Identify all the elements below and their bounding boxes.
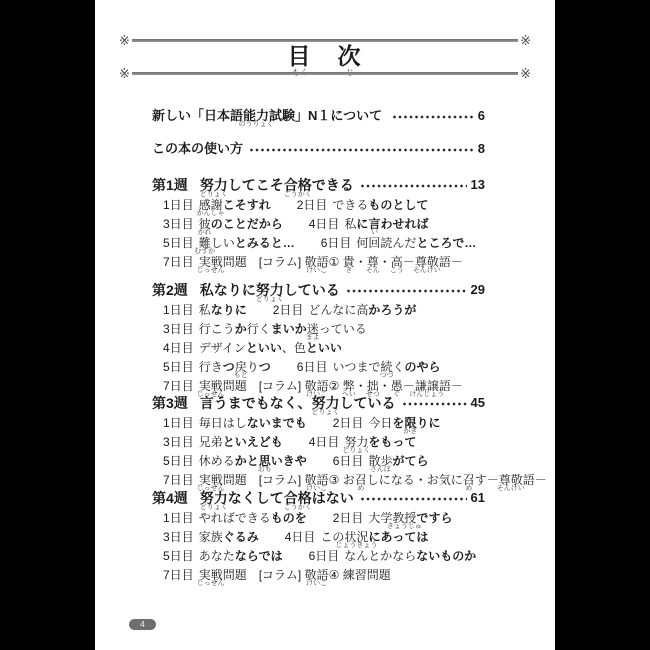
text-segment: といい: [306, 342, 342, 355]
text-segment: り: [247, 361, 259, 374]
day-label: 3日目: [163, 322, 194, 336]
furigana: つづ: [379, 372, 393, 379]
text-segment: 努力どりょく: [344, 436, 368, 449]
page-ref: 13: [471, 177, 485, 193]
furigana: かんしゃ: [197, 210, 225, 217]
day-label: 2日目: [297, 198, 328, 212]
text-segment: 感謝かんしゃ: [199, 199, 223, 212]
day-label: 4日目: [163, 341, 194, 355]
text-segment: 敬語けいご: [305, 569, 329, 582]
dot-leader: [346, 282, 467, 295]
furigana: けいご: [306, 580, 327, 587]
text-segment: 私なりに: [200, 282, 256, 298]
week-label: 第1週: [152, 177, 188, 193]
day-row: 7日目実戦じっせん問題 [コラム] 敬語けいご③ お召めしになる・お気に召めす－…: [163, 474, 485, 487]
text-segment: 問題: [223, 256, 247, 269]
week-heading: 第1週努力どりょくしてこそ合格ごうかくできる13: [152, 177, 485, 193]
furigana: どりょく: [342, 447, 370, 454]
furigana: かぎ: [403, 428, 417, 435]
furigana: き: [345, 267, 352, 274]
furigana: どりょく: [256, 296, 284, 303]
day-row: 1日目毎日はしないまでも2日目今日を限かぎりに: [163, 417, 485, 430]
text-segment: 兄弟: [199, 436, 223, 449]
day-entry: 3日目彼かれのことだから: [163, 218, 283, 231]
text-segment: どんなに高: [308, 304, 368, 317]
day-entry: 4日目努力どりょくをもって: [309, 436, 417, 449]
text-segment: [コラム]: [247, 474, 305, 487]
text-segment: 練習問題: [343, 569, 391, 582]
text-segment: 思おも: [259, 455, 271, 468]
text-segment: 行く: [247, 323, 271, 336]
day-row: 4日目デザインといい、色といい: [163, 342, 485, 355]
day-label: 6日目: [309, 549, 340, 563]
text-segment: いきや: [271, 455, 307, 468]
toc-entry-title: 新しい「日本語能力のうりょく試験」N１について: [152, 108, 386, 123]
day-label: 1日目: [163, 511, 194, 525]
text-segment: あなた: [199, 550, 235, 563]
page-ref: 8: [478, 141, 485, 156]
page-ref: 6: [478, 108, 485, 123]
text-segment: 合格ごうかく: [284, 490, 312, 506]
text-segment: ないものか: [416, 550, 476, 563]
text-segment: できる: [312, 177, 354, 193]
text-segment: とみると…: [235, 237, 295, 250]
day-label: 7日目: [163, 473, 194, 487]
text-segment: のやら: [405, 361, 441, 374]
furigana: さんぽ: [370, 466, 391, 473]
furigana: い: [371, 229, 378, 236]
text-segment: しになる・お気に: [367, 474, 463, 487]
text-segment: 問題: [223, 380, 247, 393]
day-entry: 4日目この状況じょうきょうにあっては: [285, 531, 429, 544]
screenshot-root: { "header": { "deco_symbol": "※", "title…: [0, 0, 650, 650]
text-segment: 努力どりょく: [200, 177, 228, 193]
text-segment: 語－: [439, 256, 463, 269]
text-segment: 迷まよ: [307, 323, 319, 336]
page-number-badge: 4: [129, 619, 156, 630]
day-entry: 1日目やればできるものを: [163, 512, 307, 525]
day-entry: 2日目どんなに高かろうが: [273, 304, 417, 317]
day-label: 2日目: [333, 416, 364, 430]
day-entry: 2日目できるものとして: [297, 199, 429, 212]
day-entry: 5日目行きつ戻もどりつ: [163, 361, 271, 374]
furigana: かれ: [198, 229, 212, 236]
toc-week-section: 第2週私なりに努力どりょくしている291日目私なりに2日目どんなに高かろうが3日…: [152, 282, 485, 393]
text-segment: 能力のうりょく: [243, 108, 269, 123]
day-row: 7日目実戦じっせん問題 [コラム] 敬語けいご① 貴き・尊そん・高こう－尊敬そん…: [163, 256, 485, 269]
text-segment: わせれば: [380, 218, 428, 231]
dot-leader: [402, 395, 467, 408]
page-ref: 29: [471, 282, 485, 298]
furigana: どりょく: [200, 504, 228, 511]
text-segment: 実戦じっせん: [199, 474, 223, 487]
text-segment: いつまで: [332, 361, 380, 374]
text-segment: 努力どりょく: [200, 490, 228, 506]
text-segment: なんとかなら: [344, 550, 416, 563]
dot-leader: [392, 108, 474, 121]
day-label: 1日目: [163, 303, 194, 317]
text-segment: 高こう: [391, 256, 403, 269]
furigana: こう: [390, 267, 404, 274]
text-segment: ②: [329, 380, 343, 393]
text-segment: 尊敬そんけい: [415, 256, 439, 269]
text-segment: 毎日はし: [199, 417, 247, 430]
week-heading: 第3週言うまでもなく、努力どりょくしている45: [152, 395, 485, 411]
day-row: 3日目彼かれのことだから4日目私に言いわせれば: [163, 218, 485, 231]
text-segment: 問題: [223, 474, 247, 487]
reference-mark-icon: ※: [520, 67, 531, 80]
furigana: そん: [366, 267, 380, 274]
text-segment: 努力どりょく: [312, 395, 340, 411]
page-ref: 45: [471, 395, 485, 411]
text-segment: 召め: [463, 474, 475, 487]
day-label: 5日目: [163, 360, 194, 374]
furigana: けいご: [306, 267, 327, 274]
day-row: 3日目行こうか行くまいか迷まよっている: [163, 323, 485, 336]
day-row: 1日目私なりに2日目どんなに高かろうが: [163, 304, 485, 317]
text-segment: 貴き: [343, 256, 355, 269]
text-segment: できる: [332, 199, 368, 212]
day-entry: 1日目感謝かんしゃこそすれ: [163, 199, 271, 212]
text-segment: 行き: [199, 361, 223, 374]
day-row: 1日目感謝かんしゃこそすれ2日目できるものとして: [163, 199, 485, 212]
text-segment: っている: [319, 323, 367, 336]
toc-entry: この本の使い方8: [152, 141, 485, 156]
text-segment: ぐるみ: [223, 531, 259, 544]
text-segment: つ: [259, 361, 271, 374]
day-row: 3日目兄弟といえども4日目努力どりょくをもって: [163, 436, 485, 449]
day-row: 5日目難むずかしいとみると…6日目何回読んだところで…: [163, 237, 485, 250]
day-label: 5日目: [163, 549, 194, 563]
text-segment: ①: [329, 256, 343, 269]
text-segment: しい: [211, 237, 235, 250]
text-segment: 休める: [199, 455, 235, 468]
toc-entry: 新しい「日本語能力のうりょく試験」N１について 6: [152, 108, 485, 123]
day-entry: 5日目難むずかしいとみると…: [163, 237, 295, 250]
day-label: 1日目: [163, 416, 194, 430]
day-entry: 2日目大学教授きょうじゅですら: [333, 512, 453, 525]
day-label: 1日目: [163, 198, 194, 212]
dot-leader: [360, 177, 467, 190]
text-segment: 新しい「日本語: [152, 108, 243, 123]
text-segment: デザイン: [199, 342, 246, 355]
text-segment: 試験」N１について: [269, 108, 386, 123]
furigana: ごうかく: [284, 191, 312, 198]
day-label: 4日目: [285, 530, 316, 544]
dot-leader: [360, 490, 467, 503]
week-label: 第3週: [152, 395, 188, 411]
day-row: 7日目実戦じっせん問題 [コラム] 敬語けいご② 弊へい・拙せつ・愚ぐ－謙譲けん…: [163, 380, 485, 393]
text-segment: ものとして: [368, 199, 428, 212]
text-segment: ところで…: [416, 237, 476, 250]
text-segment: く: [392, 361, 404, 374]
text-segment: [コラム]: [247, 380, 305, 393]
day-entry: 7日目実戦じっせん問題 [コラム] 敬語けいご① 貴き・尊そん・高こう－尊敬そん…: [163, 256, 463, 269]
text-segment: ④: [329, 569, 343, 582]
day-row: 5日目行きつ戻もどりつ6日目いつまで続つづくのやら: [163, 361, 485, 374]
day-entry: 4日目私に言いわせれば: [309, 218, 429, 231]
text-segment: 散歩さんぽ: [368, 455, 392, 468]
text-segment: 合格ごうかく: [284, 177, 312, 193]
text-segment: ないまでも: [247, 417, 307, 430]
text-segment: に: [356, 218, 368, 231]
day-entry: 4日目デザインといい、色といい: [163, 342, 342, 355]
furigana: じっせん: [197, 580, 225, 587]
text-segment: 難むずか: [199, 237, 211, 250]
day-label: 2日目: [273, 303, 304, 317]
text-segment: といえども: [223, 436, 283, 449]
day-label: 3日目: [163, 530, 194, 544]
text-segment: まいか: [271, 323, 307, 336]
furigana: おも: [258, 466, 272, 473]
text-segment: 問題: [223, 569, 247, 582]
text-segment: 、色: [282, 342, 306, 355]
text-segment: 戻もど: [235, 361, 247, 374]
toc-week-section: 第3週言うまでもなく、努力どりょくしている451日目毎日はしないまでも2日目今日…: [152, 395, 485, 487]
text-segment: 愚ぐ: [391, 380, 403, 393]
reference-mark-icon: ※: [119, 67, 130, 80]
text-segment: ・: [379, 380, 391, 393]
text-segment: 何回読んだ: [356, 237, 416, 250]
day-entry: 1日目私なりに: [163, 304, 247, 317]
furigana: ごうかく: [284, 504, 312, 511]
day-entry: 3日目家族ぐるみ: [163, 531, 259, 544]
week-title: 努力どりょくしてこそ合格ごうかくできる: [200, 177, 354, 193]
text-segment: ③ お: [329, 474, 355, 487]
text-segment: 今日: [368, 417, 392, 430]
day-label: 4日目: [309, 435, 340, 449]
furigana: どりょく: [200, 191, 228, 198]
text-segment: 言い: [368, 218, 380, 231]
furigana: もど: [234, 372, 248, 379]
week-title: 努力どりょくなくして合格ごうかくはない: [200, 490, 354, 506]
furigana: じっせん: [197, 267, 225, 274]
text-segment: のことだから: [211, 218, 283, 231]
text-segment: す－: [475, 474, 499, 487]
text-segment: ですら: [416, 512, 452, 525]
text-segment: かろうが: [368, 304, 416, 317]
day-entry: 6日目いつまで続つづくのやら: [297, 361, 441, 374]
text-segment: 語－: [523, 474, 547, 487]
day-label: 5日目: [163, 454, 194, 468]
text-segment: している: [340, 395, 396, 411]
text-segment: 敬語けいご: [305, 256, 329, 269]
furigana: まよ: [306, 334, 320, 341]
text-segment: 言うまでもなく、: [200, 395, 312, 411]
text-segment: 家族: [199, 531, 223, 544]
text-segment: [コラム]: [247, 256, 305, 269]
day-label: 5日目: [163, 236, 194, 250]
text-segment: 謙譲けんじょう: [415, 380, 439, 393]
text-segment: 拙せつ: [367, 380, 379, 393]
day-label: 7日目: [163, 568, 194, 582]
day-entry: 7日目実戦じっせん問題 [コラム] 敬語けいご③ お召めしになる・お気に召めす－…: [163, 474, 547, 487]
text-segment: ものを: [271, 512, 307, 525]
furigana: そんけい: [497, 485, 525, 492]
text-segment: といい: [246, 342, 282, 355]
day-row: 5日目あなたならでは6日目なんとかならないものか: [163, 550, 485, 563]
week-label: 第4週: [152, 490, 188, 506]
text-segment: 実戦じっせん: [199, 380, 223, 393]
text-segment: 実戦じっせん: [199, 569, 223, 582]
text-segment: 彼かれ: [199, 218, 211, 231]
toc-entry-list: 新しい「日本語能力のうりょく試験」N１について 6この本の使い方8: [152, 0, 485, 156]
text-segment: か: [235, 323, 247, 336]
furigana: そんけい: [413, 267, 441, 274]
day-row: 3日目家族ぐるみ4日目この状況じょうきょうにあっては: [163, 531, 485, 544]
day-label: 6日目: [333, 454, 364, 468]
text-segment: 実戦じっせん: [199, 256, 223, 269]
day-label: 3日目: [163, 435, 194, 449]
day-entry: 6日目散歩さんぽがてら: [333, 455, 429, 468]
text-segment: がてら: [392, 455, 428, 468]
day-entry: 3日目兄弟といえども: [163, 436, 283, 449]
text-segment: りに: [416, 417, 440, 430]
week-title: 私なりに努力どりょくしている: [200, 282, 340, 298]
text-segment: 続つづ: [380, 361, 392, 374]
text-segment: 行こう: [199, 323, 235, 336]
day-label: 2日目: [333, 511, 364, 525]
toc-week-section: 第1週努力どりょくしてこそ合格ごうかくできる131日目感謝かんしゃこそすれ2日目…: [152, 177, 485, 269]
text-segment: [コラム]: [247, 569, 305, 582]
week-heading: 第4週努力どりょくなくして合格ごうかくはない61: [152, 490, 485, 506]
page-ref: 61: [471, 490, 485, 506]
text-segment: 敬語けいご: [305, 380, 329, 393]
text-segment: 尊そん: [367, 256, 379, 269]
text-segment: にあっては: [368, 531, 428, 544]
week-heading: 第2週私なりに努力どりょくしている29: [152, 282, 485, 298]
text-segment: 私: [344, 218, 356, 231]
text-segment: 尊敬そんけい: [499, 474, 523, 487]
text-segment: 状況じょうきょう: [344, 531, 368, 544]
day-entry: 7日目実戦じっせん問題 [コラム] 敬語けいご② 弊へい・拙せつ・愚ぐ－謙譲けん…: [163, 380, 463, 393]
text-segment: こそすれ: [223, 199, 271, 212]
toc-entry-title: この本の使い方: [152, 141, 243, 156]
toc-week-section: 第4週努力どりょくなくして合格ごうかくはない611日目やればできるものを2日目大…: [152, 490, 485, 582]
scanned-book-page: ※ ※ 目もく 次じ ※ ※ 新しい「日本語能力のうりょく試験」N１について 6…: [95, 0, 555, 650]
day-row: 7日目実戦じっせん問題 [コラム] 敬語けいご④ 練習問題: [163, 569, 485, 582]
day-label: 7日目: [163, 255, 194, 269]
day-entry: 6日目なんとかならないものか: [309, 550, 477, 563]
text-segment: はない: [312, 490, 354, 506]
day-entry: 7日目実戦じっせん問題 [コラム] 敬語けいご④ 練習問題: [163, 569, 391, 582]
day-entry: 2日目今日を限かぎりに: [333, 417, 441, 430]
text-segment: ならでは: [235, 550, 283, 563]
text-segment: かと: [235, 455, 259, 468]
day-row: 1日目やればできるものを2日目大学教授きょうじゅですら: [163, 512, 485, 525]
text-segment: 語－: [439, 380, 463, 393]
day-label: 4日目: [309, 217, 340, 231]
day-row: 5日目休めるかと思おもいきや6日目散歩さんぽがてら: [163, 455, 485, 468]
text-segment: 私: [199, 304, 211, 317]
dot-leader: [249, 141, 474, 154]
week-title: 言うまでもなく、努力どりょくしている: [200, 395, 396, 411]
day-entry: 1日目毎日はしないまでも: [163, 417, 307, 430]
text-segment: 弊へい: [343, 380, 355, 393]
day-label: 3日目: [163, 217, 194, 231]
text-segment: なくして: [228, 490, 284, 506]
text-segment: なりに: [211, 304, 247, 317]
text-segment: 召め: [355, 474, 367, 487]
day-label: 7日目: [163, 379, 194, 393]
text-segment: 努力どりょく: [256, 282, 284, 298]
text-segment: やればできる: [199, 512, 271, 525]
text-segment: してこそ: [228, 177, 284, 193]
day-entry: 5日目あなたならでは: [163, 550, 283, 563]
week-label: 第2週: [152, 282, 188, 298]
text-segment: この本の使い方: [152, 141, 243, 156]
day-entry: 5日目休めるかと思おもいきや: [163, 455, 307, 468]
day-entry: 3日目行こうか行くまいか迷まよっている: [163, 323, 367, 336]
day-label: 6日目: [321, 236, 352, 250]
text-segment: 敬語けいご: [305, 474, 329, 487]
furigana: どりょく: [312, 409, 340, 416]
day-label: 6日目: [297, 360, 328, 374]
text-segment: している: [284, 282, 340, 298]
text-segment: 限かぎ: [404, 417, 416, 430]
text-segment: をもって: [368, 436, 416, 449]
text-segment: 教授きょうじゅ: [392, 512, 416, 525]
day-entry: 6日目何回読んだところで…: [321, 237, 477, 250]
